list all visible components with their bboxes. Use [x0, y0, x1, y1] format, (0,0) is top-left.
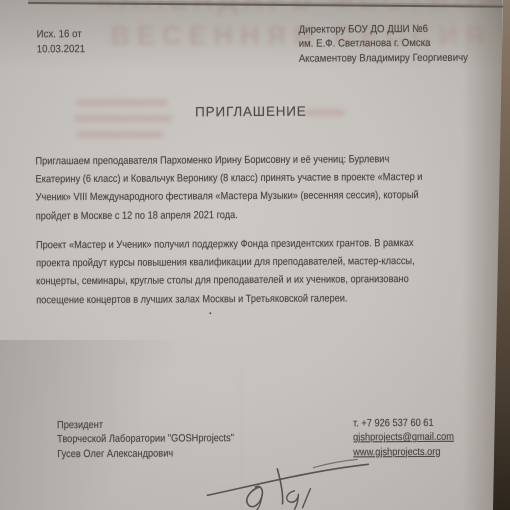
signer-name: Гусев Олег Александрович: [57, 446, 234, 461]
ink-dot-artifact: [209, 312, 211, 314]
paragraph-2: Проект «Мастер и Ученик» получил поддерж…: [36, 234, 415, 309]
paragraph-line: Ученик» VIII Международного фестиваля «М…: [36, 186, 423, 207]
recipient-line: Аксаментову Владимиру Георгиевичу: [299, 50, 468, 65]
recipient-line: Директору БОУ ДО ДШИ №6: [299, 22, 468, 37]
paragraph-line: пройдет в Москве с 12 по 18 апреля 2021 …: [36, 205, 423, 226]
paragraph-1: Приглашаем преподавателя Пархоменко Ирин…: [35, 150, 422, 225]
recipient-line: им. Е.Ф. Светланова г. Омска: [299, 36, 468, 51]
paragraph-line: Приглашаем преподавателя Пархоменко Ирин…: [35, 150, 422, 171]
paragraph-line: концерты, семинары, круглые столы для пр…: [36, 270, 415, 291]
contact-phone: т. +7 926 537 60 61: [353, 416, 454, 431]
contact-email: gjshprojects@gmail.com: [353, 430, 454, 445]
paragraph-line: Екатерину (6 класс) и Ковальчук Веронику…: [35, 168, 422, 189]
outgoing-number: Исх. 16 от: [37, 27, 85, 42]
contacts-block: т. +7 926 537 60 61 gjshprojects@gmail.c…: [353, 416, 454, 460]
letter-title: ПРИГЛАШЕНИЕ: [195, 104, 307, 120]
letter-content: Исх. 16 от 10.03.2021 Директору БОУ ДО Д…: [0, 0, 510, 510]
signer-block: Президент Творческой Лаборатории "GOSHpr…: [57, 417, 234, 461]
contact-website: www.gjshprojects.org: [353, 444, 454, 459]
document-photo: КАЛЕНДАРЬ ФЕСТИВАЛЯ ВЕСЕННЯЯ СЕССИЯ Исх.…: [0, 0, 510, 510]
paragraph-line: Проект «Мастер и Ученик» получил поддерж…: [36, 234, 415, 255]
signer-position: Президент: [57, 417, 234, 432]
signer-organization: Творческой Лаборатории "GOSHprojects": [57, 431, 234, 446]
outgoing-date: 10.03.2021: [37, 42, 85, 57]
recipient-block: Директору БОУ ДО ДШИ №6 им. Е.Ф. Светлан…: [299, 22, 468, 66]
outgoing-reference: Исх. 16 от 10.03.2021: [37, 27, 86, 56]
paragraph-line: проекта пройдут курсы повышения квалифик…: [36, 252, 415, 273]
paragraph-line: посещение концертов в лучших залах Москв…: [36, 289, 415, 310]
